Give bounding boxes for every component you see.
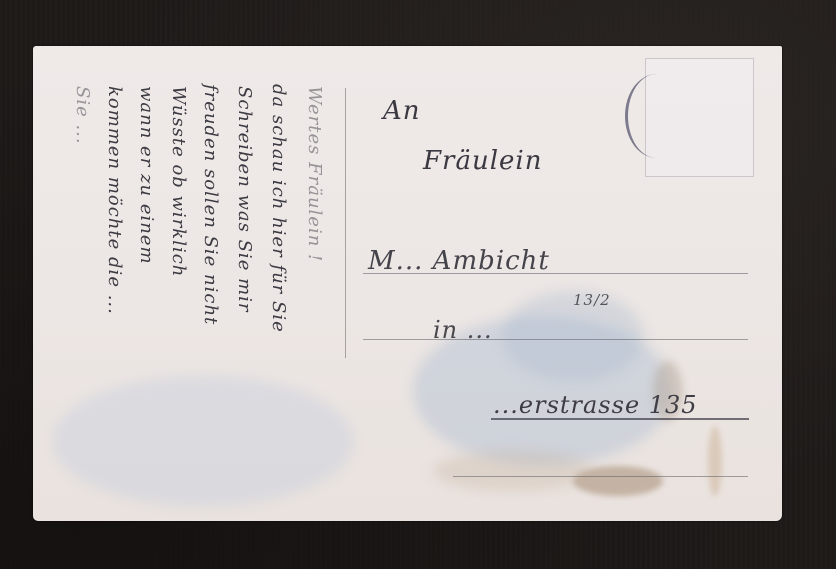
message-line: Wüsste ob wirklich <box>168 86 189 277</box>
message-line: Sie ... <box>72 86 93 145</box>
message-line: da schau ich hier für Sie <box>268 84 289 333</box>
address-line <box>453 476 748 477</box>
address-line <box>363 339 748 340</box>
paper-stain <box>433 451 593 491</box>
postmark-icon <box>625 74 688 158</box>
message-line: kommen möchte die ... <box>104 86 125 315</box>
address-salutation: An <box>383 96 421 126</box>
message-line: freuden sollen Sie nicht <box>200 84 221 325</box>
center-divider-line <box>345 88 346 358</box>
message-line: Schreiben was Sie mir <box>234 86 255 313</box>
message-area: Wertes Fräulein ! da schau ich hier für … <box>33 46 345 521</box>
message-line: Wertes Fräulein ! <box>304 86 325 262</box>
recipient-district: 13/2 <box>573 291 611 309</box>
recipient-name: M... Ambicht <box>368 246 550 276</box>
message-line: wann er zu einem <box>136 86 157 265</box>
recipient-street: ...erstrasse 135 <box>493 391 698 419</box>
paper-stain <box>708 426 722 496</box>
recipient-title: Fräulein <box>423 146 542 176</box>
postcard: Wertes Fräulein ! da schau ich hier für … <box>33 46 782 521</box>
recipient-city: in ... <box>433 316 493 344</box>
